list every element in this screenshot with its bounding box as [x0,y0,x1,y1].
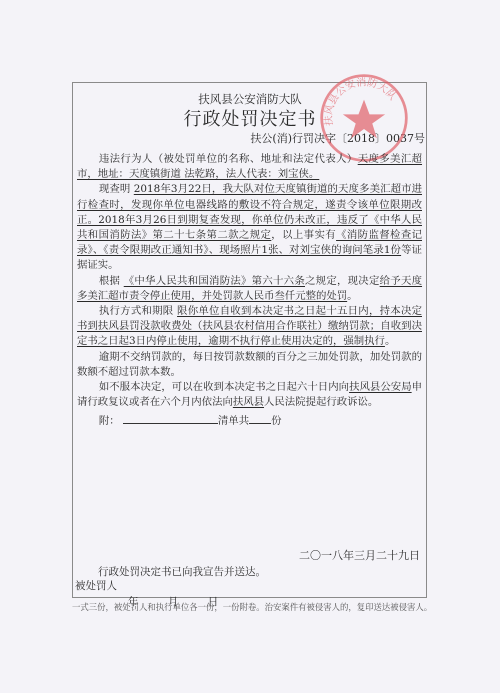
appeal-text-c: 人民法院提起行政诉讼。 [264,396,378,408]
legal-basis: 《中华人民共和国消防法》第六十六条 [124,275,305,287]
copies-note: 一式三份，被处罚人和执行单位各一份，一份附卷。治安案件有被侵害人的，复印送达被侵… [72,601,432,613]
list-count-label: 清单共 [218,415,249,427]
appeal-text-a: 如不服本决定，可以在收到本决定书之日起六十日内向 [99,381,349,393]
recipient-label: 被处罚人 [75,578,117,593]
appeal-paragraph: 如不服本决定，可以在收到本决定书之日起六十日内向扶风县公安局申请行政复议或者在六… [77,380,422,410]
issue-date: 二〇一八年三月二十九日 [299,547,420,563]
offender-label: 违法行为人（被处罚单位的名称、地址和法定代表人） [99,153,358,165]
attachment-line: 附： 清单共份 [77,413,422,429]
execution-end: 。 [385,335,395,347]
list-count-blank [249,413,271,424]
basis-paragraph: 根据 《中华人民共和国消防法》第六十六条之规定，现决定给予天度多美汇超市责令停止… [77,274,422,304]
court-county: 扶风县 [233,396,264,408]
findings-label: 现查明 [99,183,131,195]
basis-end: 。 [347,290,357,302]
document-body: 违法行为人（被处罚单位的名称、地址和法定代表人）天度多美汇超市，地址：天度镇街道… [77,152,422,430]
basis-connector: 之规定，现决定 [305,275,380,287]
findings-paragraph: 现查明 2018年3月22日，我大队对位天度镇街道的天度多美汇超市进行检查时，发… [77,182,422,273]
attachment-blank [123,413,218,424]
document-number: 扶公(消)行罚决字〔2018〕0037号 [250,130,425,146]
attachment-label: 附： [99,415,120,427]
acknowledgment-text: 行政处罚决定书已向我宣告并送达。 [98,564,266,579]
document-title: 行政处罚决定书 [0,105,500,131]
late-fee-paragraph: 逾期不交纳罚款的，每日按罚款数额的百分之三加处罚款，加处罚款的数额不超过罚款本数… [77,350,422,380]
findings-connector: ，以上事实有 [271,229,336,241]
offender-paragraph: 违法行为人（被处罚单位的名称、地址和法定代表人）天度多美汇超市，地址：天度镇街道… [77,152,422,182]
execution-label: 执行方式和期限 [99,305,174,317]
execution-paragraph: 执行方式和期限 限你单位自收到本决定书之日起十五日内，持本决定书到扶风县罚没款收… [77,304,422,350]
review-authority: 扶风县公安局 [349,381,412,393]
list-count-unit: 份 [271,415,281,427]
basis-label: 根据 [99,275,120,287]
